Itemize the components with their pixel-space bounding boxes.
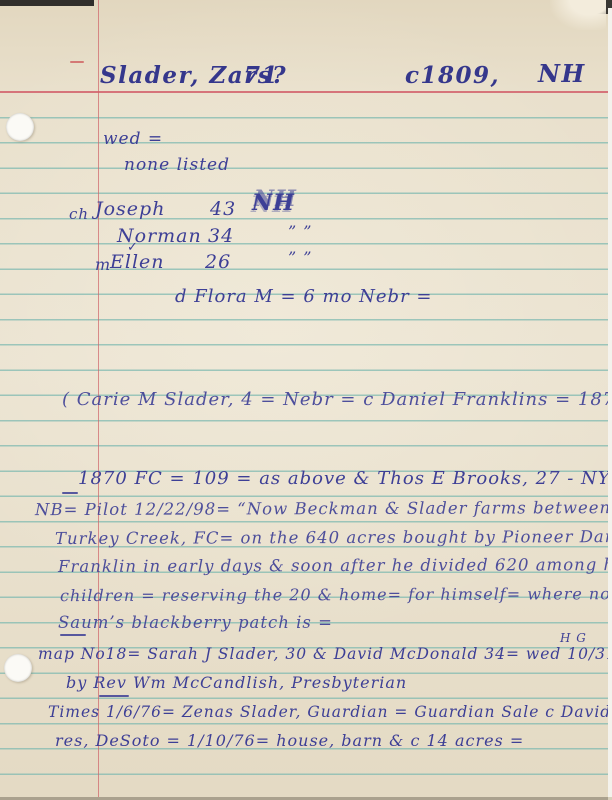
pilot-note-line: Saum’s blackberry patch is = bbox=[58, 615, 333, 632]
pilot-note-line: Franklin in early days & soon after he d… bbox=[58, 557, 612, 575]
children-prefix: ch bbox=[69, 207, 89, 222]
punch-hole bbox=[4, 654, 32, 682]
birth-state: NH bbox=[538, 62, 586, 86]
ditto-marks: ” ” bbox=[288, 250, 312, 266]
insertion-caret-mark: ✓ bbox=[127, 240, 138, 255]
married-flag: m bbox=[95, 257, 111, 273]
pilot-note-line: children = reserving the 20 & home= for … bbox=[60, 586, 612, 604]
child-name: Ellen bbox=[110, 253, 165, 272]
officiant-line: by Rev Wm McCandlish, Presbyterian bbox=[66, 675, 407, 691]
top-margin-line bbox=[0, 91, 612, 93]
inserted-correction: H G bbox=[560, 632, 587, 644]
age-value: 71 bbox=[244, 64, 279, 87]
pen-underline bbox=[99, 695, 129, 697]
child-name: Joseph bbox=[95, 200, 165, 219]
times-note-line: Times 1/6/76= Zenas Slader, Guardian = G… bbox=[48, 705, 612, 721]
child-age: 26 bbox=[205, 253, 231, 272]
child-place-overwritten: NH bbox=[252, 192, 295, 214]
worn-paper-corner bbox=[550, 0, 606, 30]
carrie-slader-note: ( Carie M Slader, 4 = Nebr = c Daniel Fr… bbox=[62, 391, 612, 409]
birth-year: c1809, bbox=[405, 64, 500, 87]
marriage-record-line: map No18= Sarah J Slader, 30 & David McD… bbox=[38, 647, 612, 663]
pilot-note-line: Turkey Creek, FC= on the 640 acres bough… bbox=[55, 529, 612, 548]
wed-value: none listed bbox=[124, 157, 230, 174]
pilot-note-line: NB= Pilot 12/22/98= “Now Beckman & Slade… bbox=[35, 500, 612, 519]
scan-edge-artifact bbox=[608, 8, 612, 800]
scanned-notebook-page: Slader, Zars? 71 c1809, NH wed = none li… bbox=[0, 0, 612, 800]
wed-label: wed = bbox=[103, 131, 163, 148]
times-note-line: res, DeSoto = 1/10/76= house, barn & c 1… bbox=[55, 733, 524, 749]
child-age: 34 bbox=[208, 227, 234, 246]
ditto-marks: ” ” bbox=[288, 224, 312, 240]
census-1870-line: 1870 FC = 109 = as above & Thos E Brooks… bbox=[78, 470, 612, 488]
pen-underline bbox=[60, 634, 86, 636]
margin-tick-mark bbox=[70, 61, 84, 63]
scan-edge-artifact bbox=[0, 0, 94, 6]
marriage-text: map No18= Sarah J Slader, 30 & David McD… bbox=[38, 645, 612, 663]
child-age: 43 bbox=[210, 200, 236, 219]
punch-hole bbox=[6, 113, 34, 141]
daughter-line: d Flora M = 6 mo Nebr = bbox=[175, 288, 432, 306]
pen-underline bbox=[62, 492, 78, 494]
